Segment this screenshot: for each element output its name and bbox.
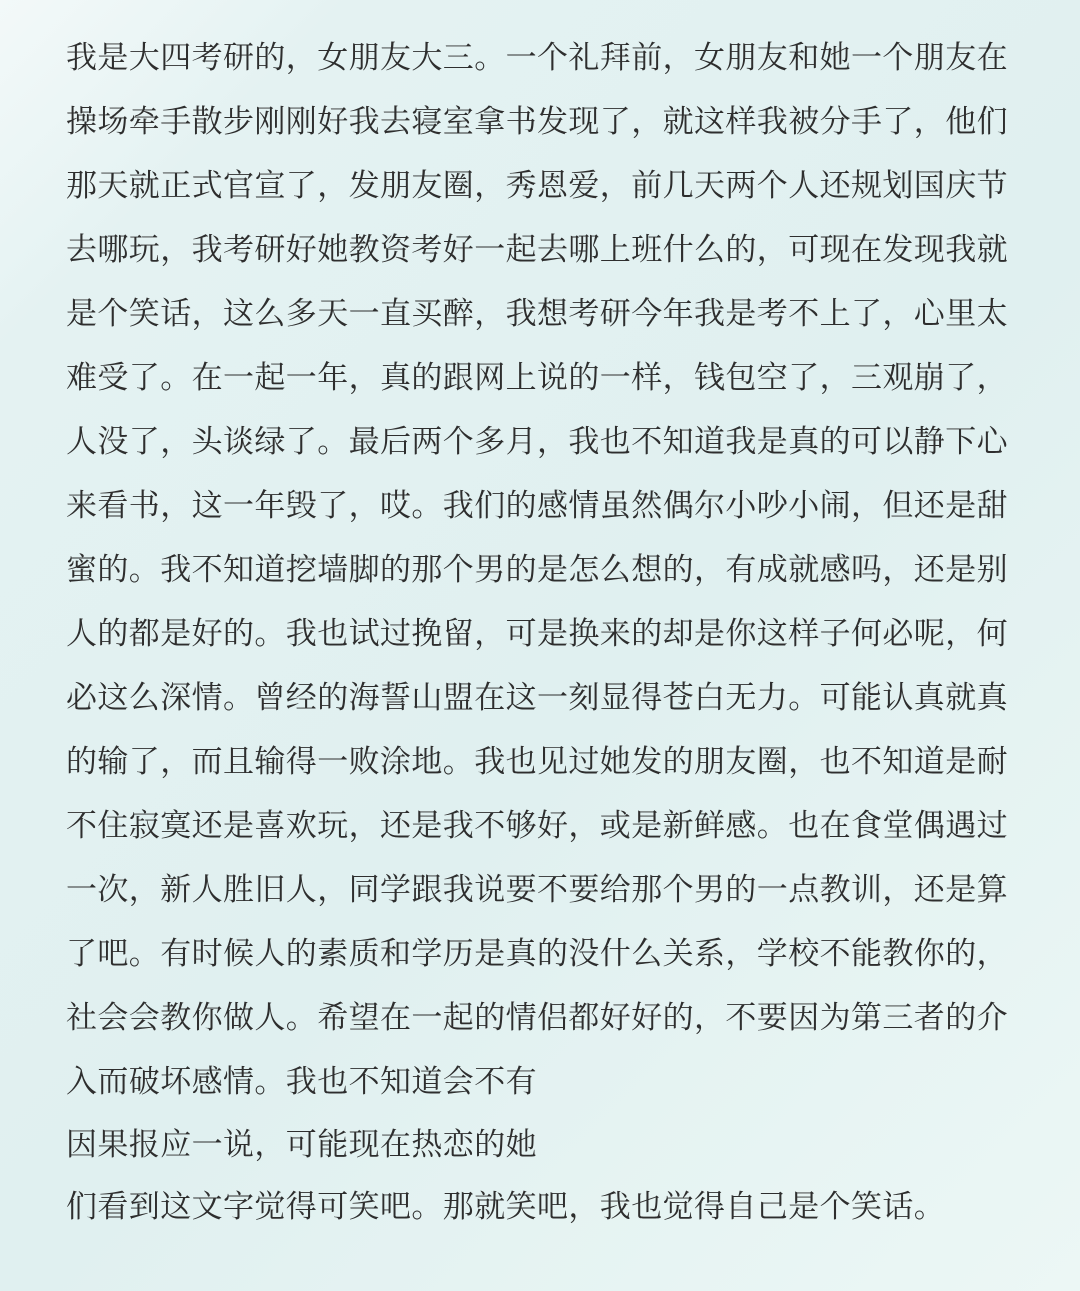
text-line: 蜜的。我不知道挖墙脚的那个男的是怎么想的，有成就感吗，还是别 — [66, 538, 1016, 602]
text-line: 人没了，头谈绿了。最后两个多月，我也不知道我是真的可以静下心 — [66, 410, 1016, 474]
text-line: 入而破坏感情。我也不知道会不有 — [66, 1050, 1016, 1114]
text-line: 不住寂寞还是喜欢玩，还是我不够好，或是新鲜感。也在食堂偶遇过 — [66, 794, 1016, 858]
text-line: 难受了。在一起一年，真的跟网上说的一样，钱包空了，三观崩了， — [66, 346, 1016, 410]
text-line: 去哪玩，我考研好她教资考好一起去哪上班什么的，可现在发现我就 — [66, 218, 1016, 282]
text-line: 了吧。有时候人的素质和学历是真的没什么关系，学校不能教你的， — [66, 922, 1016, 986]
text-line: 是个笑话，这么多天一直买醉，我想考研今年我是考不上了，心里太 — [66, 282, 1016, 346]
text-line: 来看书，这一年毁了，哎。我们的感情虽然偶尔小吵小闹，但还是甜 — [66, 474, 1016, 538]
text-line: 必这么深情。曾经的海誓山盟在这一刻显得苍白无力。可能认真就真 — [66, 666, 1016, 730]
text-line: 社会会教你做人。希望在一起的情侣都好好的，不要因为第三者的介 — [66, 986, 1016, 1050]
text-line: 们看到这文字觉得可笑吧。那就笑吧，我也觉得自己是个笑话。 — [66, 1176, 1016, 1238]
text-line: 我是大四考研的，女朋友大三。一个礼拜前，女朋友和她一个朋友在 — [66, 26, 1016, 90]
text-line: 人的都是好的。我也试过挽留，可是换来的却是你这样子何必呢，何 — [66, 602, 1016, 666]
text-line: 操场牵手散步刚刚好我去寝室拿书发现了，就这样我被分手了，他们 — [66, 90, 1016, 154]
text-line: 的输了，而且输得一败涂地。我也见过她发的朋友圈，也不知道是耐 — [66, 730, 1016, 794]
text-line: 一次，新人胜旧人，同学跟我说要不要给那个男的一点教训，还是算 — [66, 858, 1016, 922]
text-line: 因果报应一说，可能现在热恋的她 — [66, 1114, 1016, 1176]
text-line: 那天就正式官宣了，发朋友圈，秀恩爱，前几天两个人还规划国庆节 — [66, 154, 1016, 218]
text-body: 我是大四考研的，女朋友大三。一个礼拜前，女朋友和她一个朋友在 操场牵手散步刚刚好… — [0, 0, 1080, 1238]
